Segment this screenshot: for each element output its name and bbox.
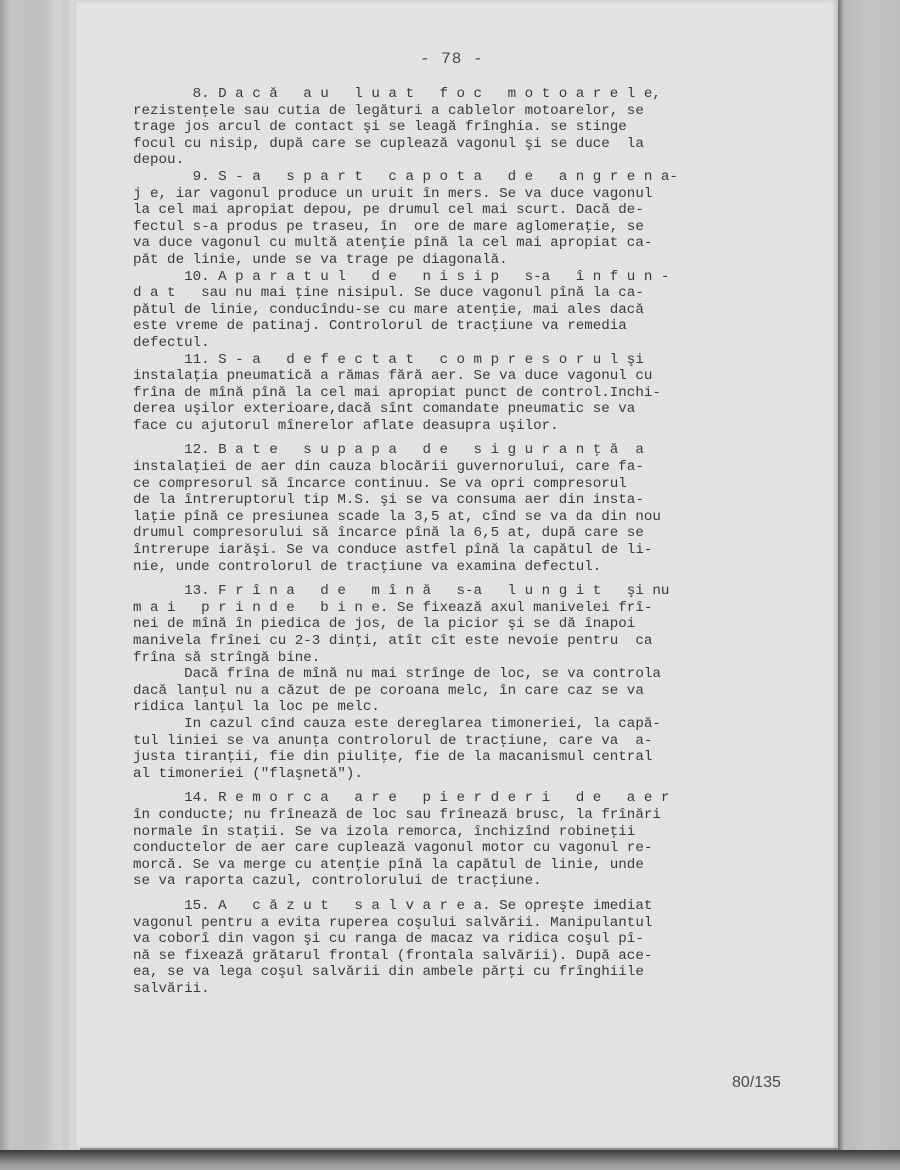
text-line: salvării. bbox=[133, 981, 823, 998]
text-line: 13. F r î n a d e m î n ă s-a l u n g i … bbox=[133, 583, 823, 600]
text-line: nei de mînă în piedica de jos, de la pic… bbox=[133, 616, 823, 633]
text-line: la cel mai apropiat depou, pe drumul cel… bbox=[133, 202, 823, 219]
text-line: normale în staţii. Se va izola remorca, … bbox=[133, 824, 823, 841]
background-surface-right bbox=[838, 0, 900, 1170]
text-line: nă se fixează grătarul frontal (frontala… bbox=[133, 948, 823, 965]
text-line: se va raporta cazul, controlorului de tr… bbox=[133, 873, 823, 890]
text-line: vagonul pentru a evita ruperea coşului s… bbox=[133, 915, 823, 932]
text-line: instalaţia pneumatică a rămas fără aer. … bbox=[133, 368, 823, 385]
text-line: d a t sau nu mai ţine nisipul. Se duce v… bbox=[133, 285, 823, 302]
text-line: dacă lanţul nu a căzut de pe coroana mel… bbox=[133, 683, 823, 700]
text-line: păt de linie, unde se va trage pe diagon… bbox=[133, 252, 823, 269]
paragraph-gap bbox=[133, 434, 823, 442]
text-line: conductelor de aer care cuplează vagonul… bbox=[133, 840, 823, 857]
text-line: defectul. bbox=[133, 335, 823, 352]
text-line: morcă. Se va merge cu atenţie pînă la ca… bbox=[133, 857, 823, 874]
text-line: ridica lanţul la loc pe melc. bbox=[133, 699, 823, 716]
text-line: manivela frînei cu 2-3 dinţi, atît cît e… bbox=[133, 633, 823, 650]
text-line: face cu ajutorul mînerelor aflate deasup… bbox=[133, 418, 823, 435]
text-line: j e, iar vagonul produce un uruit în mer… bbox=[133, 186, 823, 203]
text-line: focul cu nisip, după care se cuplează va… bbox=[133, 136, 823, 153]
text-line: va duce vagonul cu multă atenţie pînă la… bbox=[133, 235, 823, 252]
text-line: frîna să strîngă bine. bbox=[133, 650, 823, 667]
text-line: al timoneriei ("flaşnetă"). bbox=[133, 766, 823, 783]
text-line: 8. D a c ă a u l u a t f o c m o t o a r… bbox=[133, 86, 823, 103]
text-line: drumul compresorului să încarce pînă la … bbox=[133, 525, 823, 542]
text-line: întrerupe iarăşi. Se va conduce astfel p… bbox=[133, 542, 823, 559]
text-line: derea uşilor exterioare,dacă sînt comand… bbox=[133, 401, 823, 418]
text-line: 9. S - a s p a r t c a p o t a d e a n g… bbox=[133, 169, 823, 186]
document-body: 8. D a c ă a u l u a t f o c m o t o a r… bbox=[133, 86, 823, 997]
text-line: justa tiranţii, fie din piuliţe, fie de … bbox=[133, 749, 823, 766]
paragraph-gap bbox=[133, 782, 823, 790]
text-line: este vreme de patinaj. Controlorul de tr… bbox=[133, 318, 823, 335]
page-stack-edge bbox=[0, 0, 80, 1150]
text-line: instalaţiei de aer din cauza blocării gu… bbox=[133, 459, 823, 476]
text-line: 11. S - a d e f e c t a t c o m p r e s … bbox=[133, 352, 823, 369]
paragraph-gap bbox=[133, 575, 823, 583]
text-line: fectul s-a produs pe traseu, în ore de m… bbox=[133, 219, 823, 236]
text-line: depou. bbox=[133, 152, 823, 169]
background-surface-bottom bbox=[0, 1150, 900, 1170]
text-line: pătul de linie, conducîndu-se cu mare at… bbox=[133, 302, 823, 319]
text-line: 12. B a t e s u p a p a d e s i g u r a … bbox=[133, 442, 823, 459]
text-line: 15. A c ă z u t s a l v a r e a. Se opre… bbox=[133, 898, 823, 915]
text-line: frîna de mînă pînă la cel mai apropiat p… bbox=[133, 385, 823, 402]
text-line: ce compresorul să încarce continuu. Se v… bbox=[133, 476, 823, 493]
text-line: în conducte; nu frînează de loc sau frîn… bbox=[133, 807, 823, 824]
text-line: 10. A p a r a t u l d e n i s i p s-a î … bbox=[133, 269, 823, 286]
text-line: laţie pînă ce presiunea scade la 3,5 at,… bbox=[133, 509, 823, 526]
text-line: de la întreruptorul tip M.S. şi se va co… bbox=[133, 492, 823, 509]
page-header-number: - 78 - bbox=[420, 50, 484, 68]
text-line: nie, unde controlorul de tracţiune va ex… bbox=[133, 559, 823, 576]
text-line: trage jos arcul de contact şi se leagă f… bbox=[133, 119, 823, 136]
paragraph-gap bbox=[133, 890, 823, 898]
text-line: rezistenţele sau cutia de legături a cab… bbox=[133, 103, 823, 120]
text-line: tul liniei se va anunţa controlorul de t… bbox=[133, 733, 823, 750]
text-line: In cazul cînd cauza este dereglarea timo… bbox=[133, 716, 823, 733]
text-line: m a i p r i n d e b i n e. Se fixează ax… bbox=[133, 600, 823, 617]
page-footer-number: 80/135 bbox=[732, 1074, 781, 1092]
text-line: Dacă frîna de mînă nu mai strînge de loc… bbox=[133, 666, 823, 683]
text-line: 14. R e m o r c a a r e p i e r d e r i … bbox=[133, 790, 823, 807]
text-line: ea, se va lega coşul salvării din ambele… bbox=[133, 964, 823, 981]
text-line: va coborî din vagon şi cu ranga de macaz… bbox=[133, 931, 823, 948]
